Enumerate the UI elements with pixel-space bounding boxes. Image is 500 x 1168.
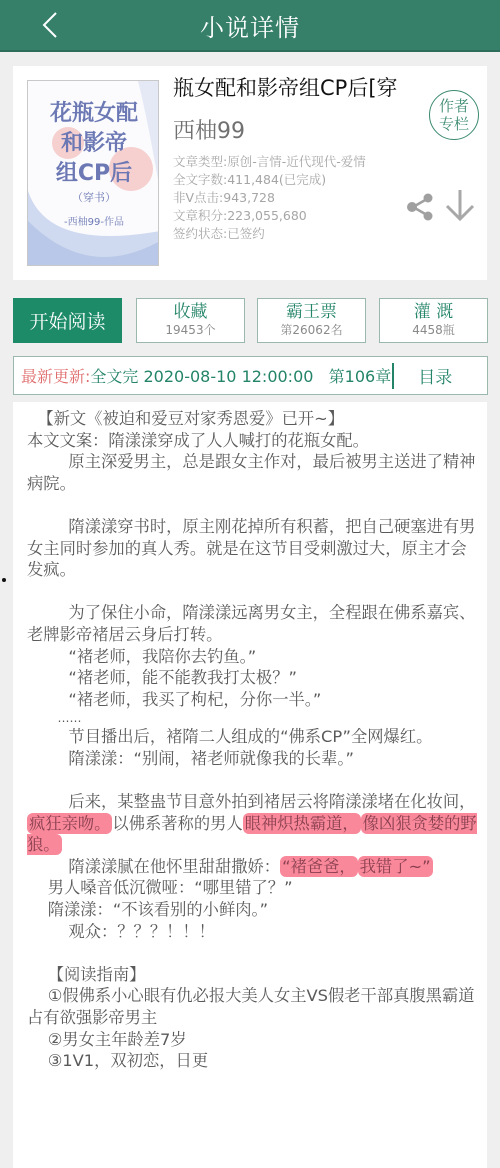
desc-paragraph: ……	[27, 710, 479, 726]
highlight-mark: 我错了~”	[358, 856, 433, 877]
nourish-button[interactable]: 灌 溉 4458瓶	[379, 298, 488, 343]
desc-paragraph: 【新文《被迫和爱豆对家秀恩爱》已开~】	[27, 408, 479, 430]
desc-paragraph: 本文文案：隋漾漾穿成了人人喊打的花瓶女配。	[27, 430, 479, 452]
desc-blank	[27, 770, 479, 792]
highlight-mark: “褚爸爸，	[280, 856, 358, 877]
cover-title-line: 组CP后	[28, 159, 159, 189]
reading-guide-item: ③1V1，双初恋，日更	[27, 1050, 479, 1072]
overlord-ticket-button[interactable]: 霸王票 第26062名	[257, 298, 366, 343]
divider	[392, 363, 394, 389]
favorite-button[interactable]: 收藏 19453个	[136, 298, 245, 343]
reading-guide-title: 【阅读指南】	[27, 964, 479, 986]
highlight-mark: 眼神炽热霸道，	[243, 813, 361, 834]
cover-title-line: 和影帝	[28, 129, 159, 159]
author-column-label: 作者	[430, 97, 478, 115]
desc-paragraph: 隋漾漾：“不该看别的小鲜肉。”	[27, 899, 479, 921]
table-of-contents-link[interactable]: 目录	[418, 363, 452, 388]
desc-paragraph: 隋漾漾：“别闹，褚老师就像我的长辈。”	[27, 748, 479, 770]
desc-blank	[27, 942, 479, 964]
desc-paragraph: 隋漾漾穿书时，原主刚花掉所有积蓄，把自己硬塞进有男女主同时参加的真人秀。就是在这…	[27, 516, 479, 581]
meta-word-count: 全文字数:411,484(已完成)	[173, 171, 366, 189]
cover-title-line: 花瓶女配	[28, 99, 159, 129]
navbar: 小说详情	[0, 0, 500, 52]
author-column-button[interactable]: 作者 专栏	[429, 90, 479, 140]
latest-update-chapter[interactable]: 全文完 2020-08-10 12:00:00 第106章	[90, 364, 391, 387]
desc-paragraph: “褚老师，我陪你去钓鱼。”	[27, 646, 479, 668]
book-cover[interactable]: 花瓶女配 和影帝 组CP后 （穿书） -西柚99-作品	[27, 80, 159, 266]
desc-paragraph-highlighted: 隋漾漾腻在他怀里甜甜撒娇：“褚爸爸，我错了~”	[27, 856, 479, 878]
desc-paragraph: 节目播出后，褚隋二人组成的“佛系CP”全网爆红。	[27, 726, 479, 748]
cover-author: -西柚99-作品	[28, 213, 159, 233]
desc-paragraph: 为了保住小命，隋漾漾远离男女主，全程跟在佛系嘉宾、老牌影帝褚居云身后打转。	[27, 602, 479, 645]
desc-blank	[27, 581, 479, 603]
desc-blank	[27, 494, 479, 516]
book-meta: 文章类型:原创-言情-近代现代-爱情 全文字数:411,484(已完成) 非V点…	[173, 153, 366, 243]
author-column-label: 专栏	[430, 115, 478, 133]
meta-category: 文章类型:原创-言情-近代现代-爱情	[173, 153, 366, 171]
desc-paragraph: 原主深爱男主，总是跟女主作对，最后被男主送进了精神病院。	[27, 451, 479, 494]
download-arrow-icon[interactable]	[444, 188, 476, 222]
nourish-count: 4458瓶	[380, 322, 487, 338]
desc-paragraph: “褚老师，能不能教我打太极？”	[27, 667, 479, 689]
desc-paragraph: 观众：？？？！！！	[27, 921, 479, 943]
start-reading-button[interactable]: 开始阅读	[13, 298, 122, 343]
reading-guide-item: ①假佛系小心眼有仇必报大美人女主VS假老干部真腹黑霸道占有欲强影帝男主	[27, 985, 479, 1028]
meta-score: 文章积分:223,055,680	[173, 207, 366, 225]
page-title: 小说详情	[0, 8, 500, 43]
nourish-label: 灌 溉	[380, 302, 487, 322]
description-card: 【新文《被迫和爱豆对家秀恩爱》已开~】 本文文案：隋漾漾穿成了人人喊打的花瓶女配…	[13, 402, 487, 1168]
share-icon[interactable]	[405, 192, 435, 222]
desc-paragraph: 男人嗓音低沉微哑：“哪里错了？”	[27, 877, 479, 899]
book-description: 【新文《被迫和爱豆对家秀恩爱》已开~】 本文文案：隋漾漾穿成了人人喊打的花瓶女配…	[27, 408, 479, 1072]
desc-paragraph-highlighted: 后来，某整蛊节目意外拍到褚居云将隋漾漾堵在化妆间，疯狂亲吻。以佛系著称的男人眼神…	[27, 791, 479, 856]
favorite-label: 收藏	[137, 302, 244, 322]
desc-paragraph: “褚老师，我买了枸杞，分你一半。”	[27, 689, 479, 711]
stray-dot-mark	[2, 578, 6, 582]
book-info-card: 花瓶女配 和影帝 组CP后 （穿书） -西柚99-作品 瓶女配和影帝组CP后[穿…	[13, 66, 487, 280]
overlord-ticket-rank: 第26062名	[258, 322, 365, 338]
reading-guide-item: ②男女主年龄差7岁	[27, 1029, 479, 1051]
cover-subtitle: （穿书）	[28, 189, 159, 207]
favorite-count: 19453个	[137, 322, 244, 338]
overlord-ticket-label: 霸王票	[258, 302, 365, 322]
author-name[interactable]: 西柚99	[173, 114, 245, 145]
latest-update-label: 最新更新:	[21, 364, 90, 387]
meta-clicks: 非V点击:943,728	[173, 189, 366, 207]
highlight-mark: 疯狂亲吻。	[27, 813, 112, 834]
meta-contract: 签约状态:已签约	[173, 225, 366, 243]
book-title: 瓶女配和影帝组CP后[穿	[173, 72, 433, 102]
latest-update-bar: 最新更新: 全文完 2020-08-10 12:00:00 第106章 目录	[13, 356, 488, 395]
